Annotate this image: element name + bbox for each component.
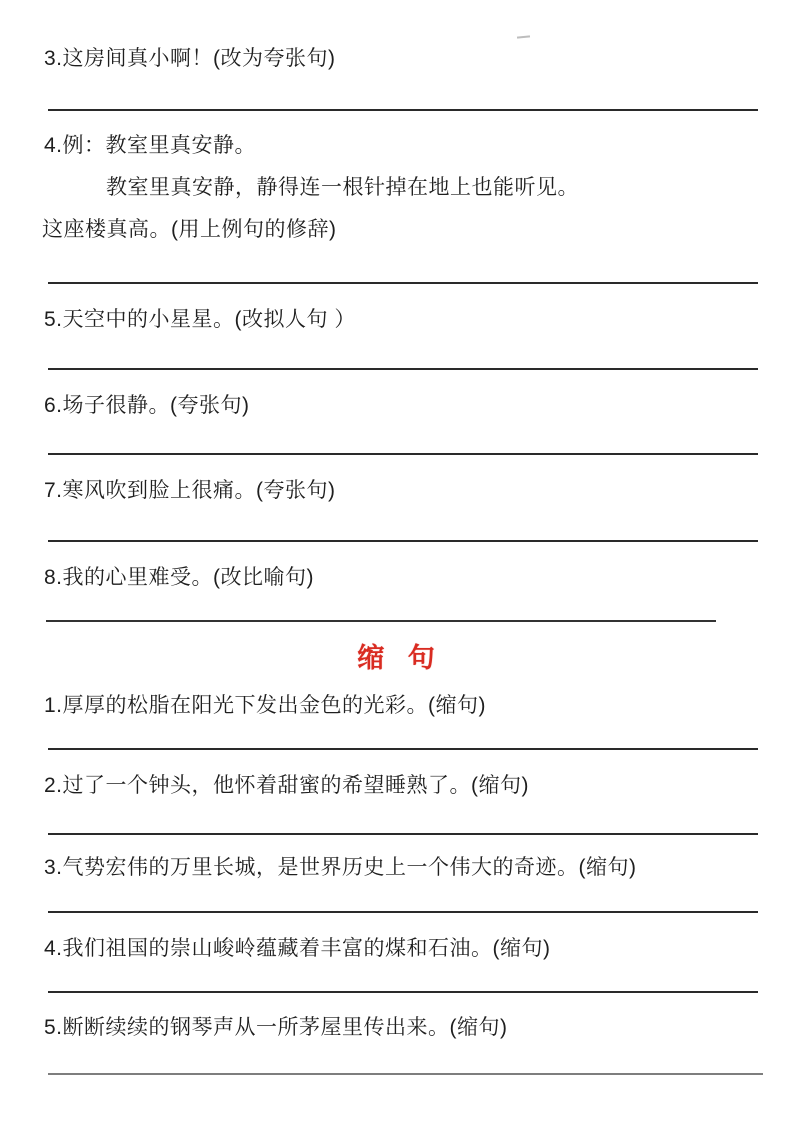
answer-line	[48, 540, 758, 542]
worksheet-page: 3.这房间真小啊！(改为夸张句) 4.例：教室里真安静。 教室里真安静，静得连一…	[0, 0, 793, 1122]
answer-line	[48, 453, 758, 455]
question-rhetoric-8: 8.我的心里难受。(改比喻句)	[44, 563, 314, 593]
question-rhetoric-7: 7.寒风吹到脸上很痛。(夸张句)	[44, 476, 336, 506]
answer-line	[48, 991, 758, 993]
question-shrink-2: 2.过了一个钟头，他怀着甜蜜的希望睡熟了。(缩句)	[44, 771, 529, 801]
answer-line	[48, 833, 758, 835]
question-shrink-3: 3.气势宏伟的万里长城，是世界历史上一个伟大的奇迹。(缩句)	[44, 853, 637, 883]
question-rhetoric-4-intro: 4.例：教室里真安静。	[44, 131, 256, 161]
question-rhetoric-4-task: 这座楼真高。(用上例句的修辞)	[42, 215, 337, 245]
answer-line	[48, 282, 758, 284]
question-rhetoric-6: 6.场子很静。(夸张句)	[44, 391, 250, 421]
question-shrink-5: 5.断断续续的钢琴声从一所茅屋里传出来。(缩句)	[44, 1013, 508, 1043]
answer-line	[48, 109, 758, 111]
question-rhetoric-4-example: 教室里真安静，静得连一根针掉在地上也能听见。	[106, 173, 579, 203]
answer-line	[48, 1073, 763, 1075]
answer-line	[48, 368, 758, 370]
question-rhetoric-5: 5.天空中的小星星。(改拟人句 ）	[44, 305, 356, 335]
question-shrink-4: 4.我们祖国的崇山峻岭蕴藏着丰富的煤和石油。(缩句)	[44, 934, 551, 964]
scan-artifact-mark	[517, 35, 530, 38]
question-shrink-1: 1.厚厚的松脂在阳光下发出金色的光彩。(缩句)	[44, 691, 486, 721]
question-rhetoric-3: 3.这房间真小啊！(改为夸张句)	[44, 44, 336, 74]
section-title-suo-ju: 缩 句	[0, 641, 793, 675]
answer-line	[48, 748, 758, 750]
answer-line	[48, 911, 758, 913]
answer-line	[46, 620, 716, 622]
